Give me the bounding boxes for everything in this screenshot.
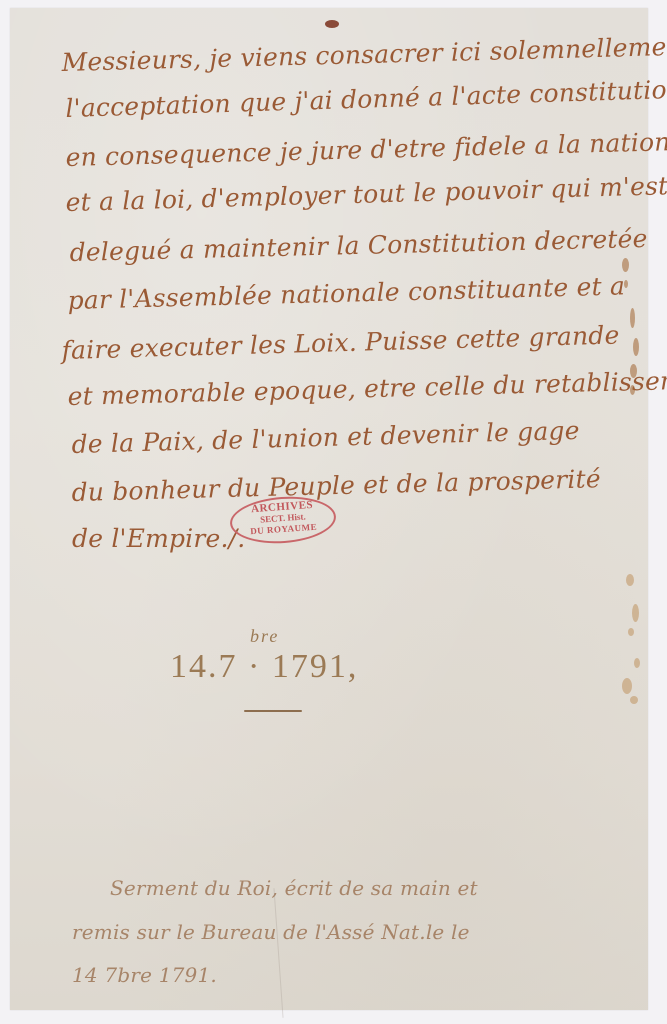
letter-line: delegué a maintenir la Constitution decr… bbox=[69, 224, 648, 267]
foxing-stain bbox=[628, 628, 634, 636]
letter-line: du bonheur du Peuple et de la prosperité bbox=[71, 464, 601, 507]
foxing-stain bbox=[624, 280, 628, 288]
letter-line: l'acceptation que j'ai donné a l'acte co… bbox=[65, 74, 667, 123]
letter-line: faire executer les Loix. Puisse cette gr… bbox=[61, 320, 620, 365]
letter-line: de l'Empire./. bbox=[72, 524, 245, 553]
note-line: 14 7bre 1791. bbox=[72, 963, 217, 987]
foxing-stain bbox=[626, 574, 634, 586]
foxing-stain bbox=[630, 696, 638, 704]
date-underline bbox=[244, 710, 302, 712]
foxing-stain bbox=[634, 658, 640, 668]
manuscript-page: Messieurs, je viens consacrer ici solemn… bbox=[10, 8, 648, 1010]
foxing-stain bbox=[622, 678, 632, 694]
date-day: 14.7 bbox=[170, 648, 238, 685]
date: 14.7 bre · 1791, bbox=[170, 648, 358, 686]
letter-line: et memorable epoque, etre celle du retab… bbox=[67, 365, 667, 411]
letter-line: et a la loi, d'employer tout le pouvoir … bbox=[65, 171, 667, 217]
foxing-stain bbox=[630, 364, 637, 378]
date-superscript: bre bbox=[250, 626, 279, 647]
letter-line: Messieurs, je viens consacrer ici solemn… bbox=[61, 31, 667, 77]
ink-blot bbox=[325, 20, 339, 28]
letter-line: en consequence je jure d'etre fidele a l… bbox=[65, 127, 667, 172]
foxing-stain bbox=[633, 338, 639, 356]
paper-crease bbox=[273, 888, 283, 1018]
date-year: · 1791, bbox=[248, 648, 358, 685]
document-viewer: Messieurs, je viens consacrer ici solemn… bbox=[0, 0, 667, 1024]
foxing-stain bbox=[630, 308, 635, 328]
note-line: remis sur le Bureau de l'Assé Nat.le le bbox=[72, 920, 470, 944]
letter-line: de la Paix, de l'union et devenir le gag… bbox=[71, 416, 580, 459]
letter-line: par l'Assemblée nationale constituante e… bbox=[67, 271, 625, 315]
foxing-stain bbox=[630, 385, 635, 395]
foxing-stain bbox=[632, 604, 639, 622]
note-line: Serment du Roi, écrit de sa main et bbox=[110, 876, 478, 900]
foxing-stain bbox=[622, 258, 629, 272]
